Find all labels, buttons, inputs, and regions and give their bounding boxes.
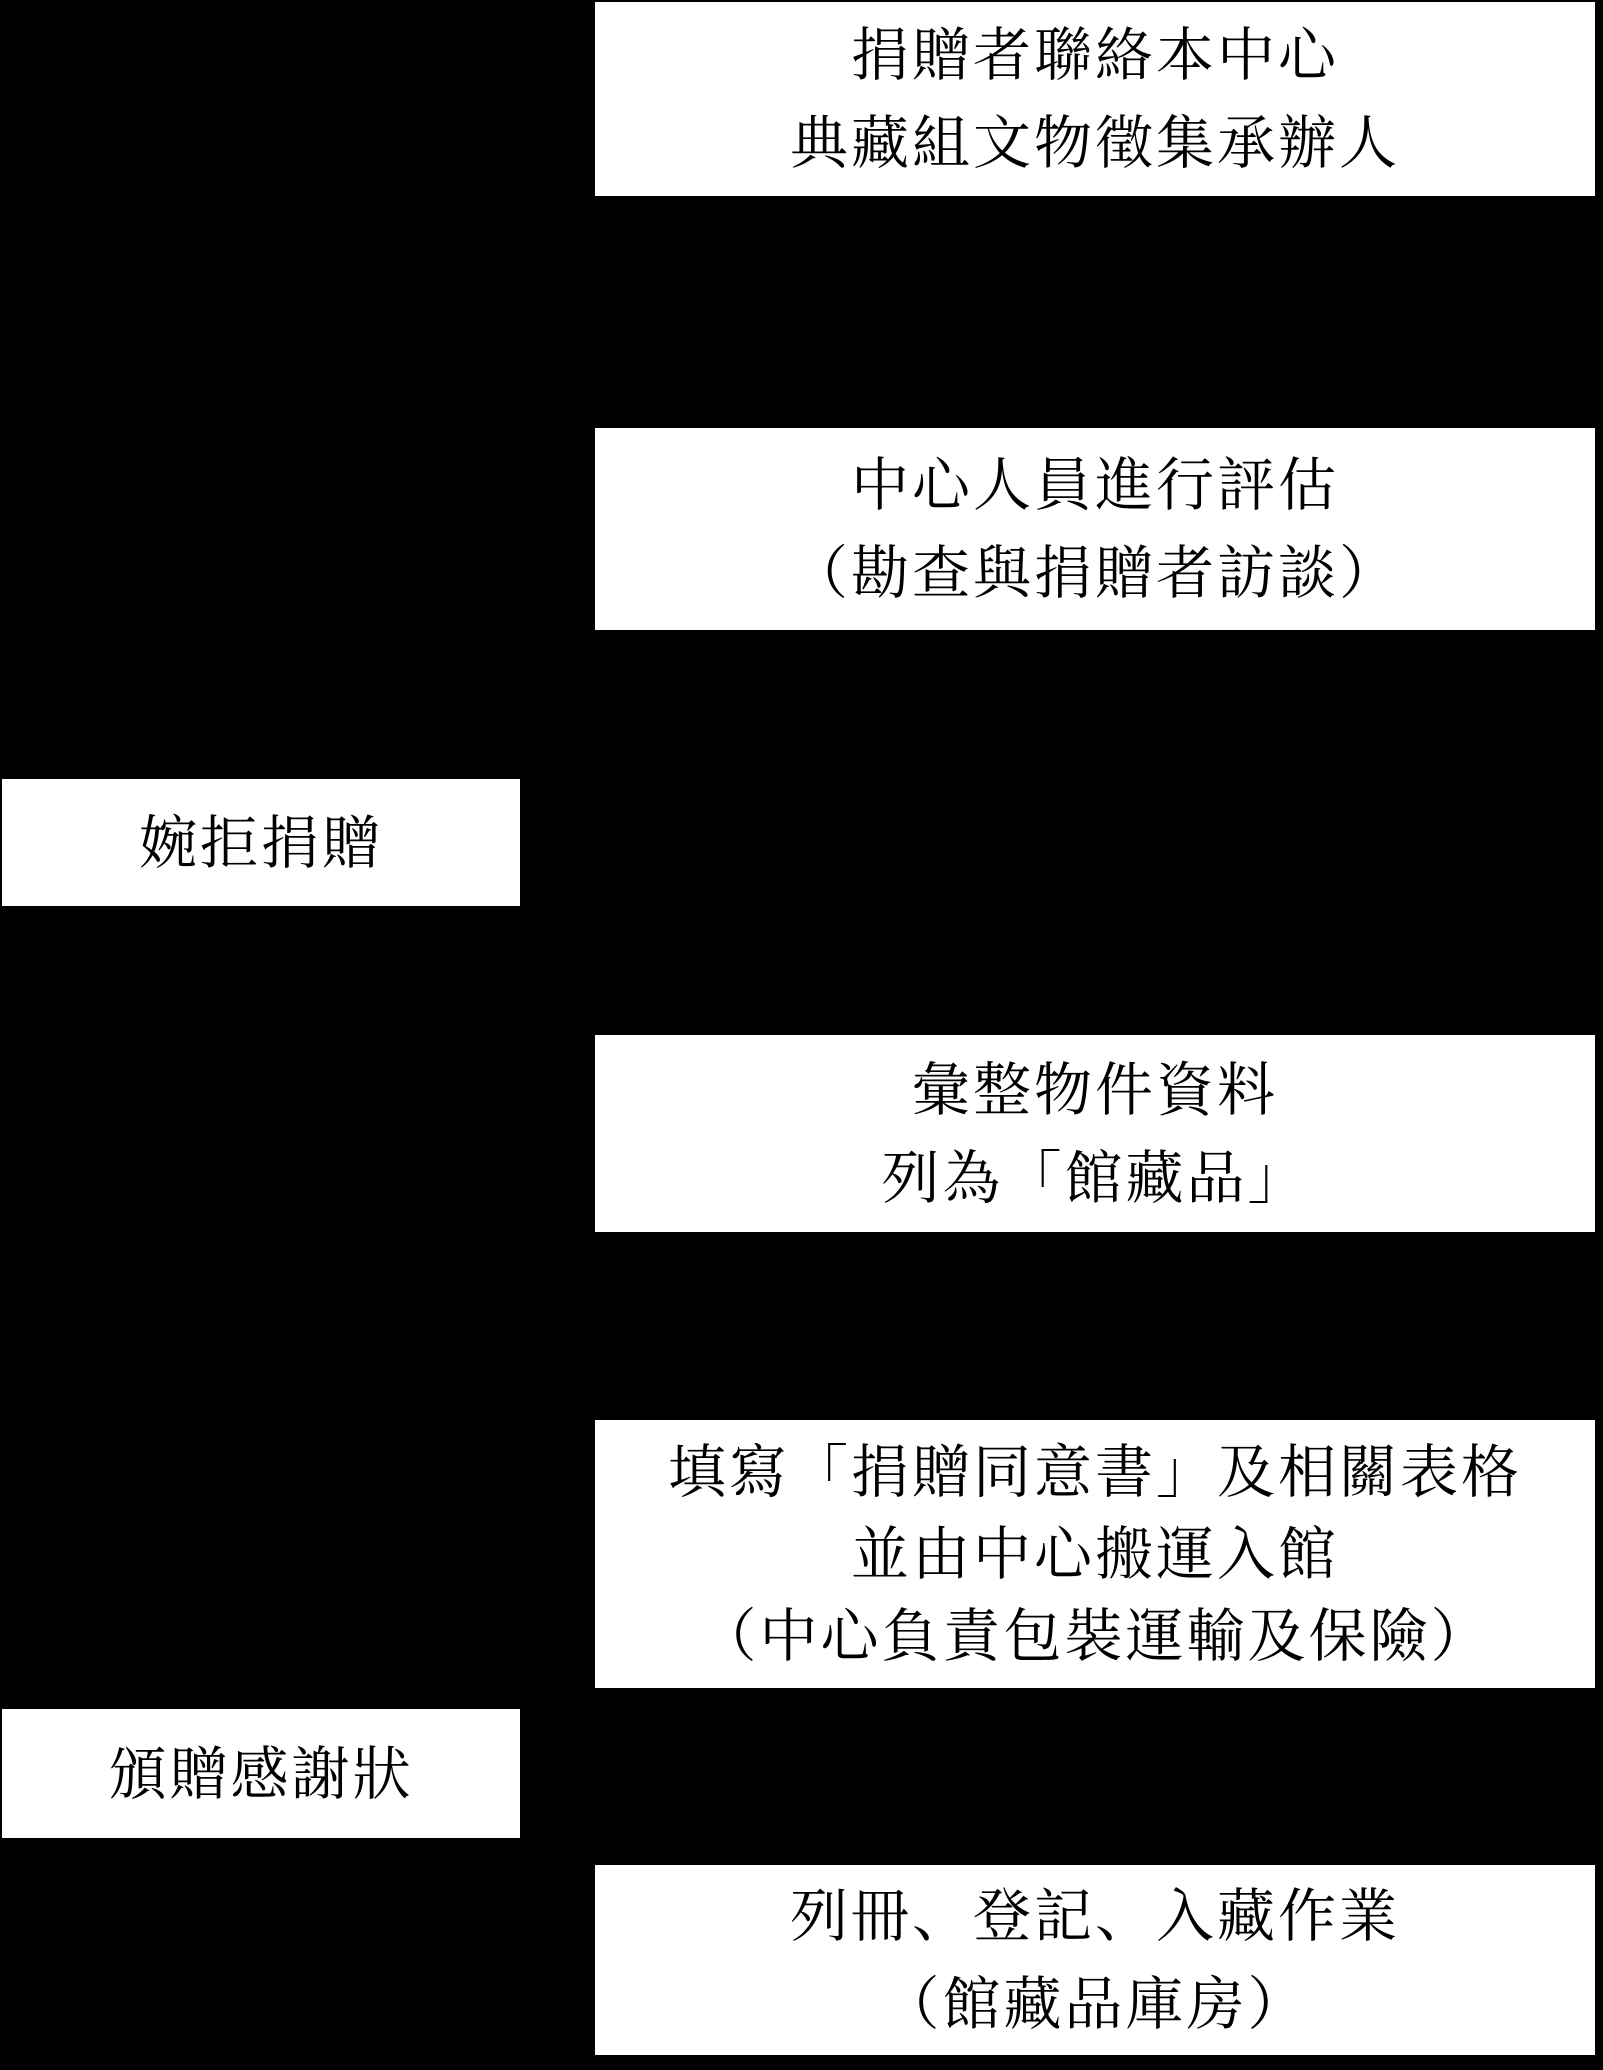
- flow-step-text: （勘查與捐贈者訪談）: [790, 529, 1400, 617]
- flow-step-consent-form-transport: 填寫「捐贈同意書」及相關表格 並由中心搬運入館 （中心負責包裝運輸及保險）: [595, 1420, 1595, 1688]
- flow-step-registration-storage: 列冊、登記、入藏作業 （館藏品庫房）: [595, 1865, 1595, 2055]
- flow-outcome-text: 婉拒捐贈: [139, 799, 383, 887]
- flow-step-text: 捐贈者聯絡本中心: [851, 11, 1339, 99]
- flow-outcome-text: 頒贈感謝狀: [108, 1730, 413, 1818]
- flow-step-text: 並由中心搬運入館: [851, 1513, 1339, 1595]
- flow-step-text: 典藏組文物徵集承辦人: [790, 99, 1400, 187]
- flow-step-text: 彙整物件資料: [912, 1046, 1278, 1134]
- flow-step-text: 填寫「捐贈同意書」及相關表格: [668, 1431, 1522, 1513]
- flow-step-text: 列為「館藏品」: [881, 1134, 1308, 1222]
- flow-step-text: 列冊、登記、入藏作業: [790, 1872, 1400, 1960]
- flowchart-canvas: 捐贈者聯絡本中心 典藏組文物徵集承辦人 中心人員進行評估 （勘查與捐贈者訪談） …: [0, 0, 1603, 2070]
- flow-step-donor-contact: 捐贈者聯絡本中心 典藏組文物徵集承辦人: [595, 2, 1595, 196]
- flow-step-text: （館藏品庫房）: [881, 1960, 1308, 2048]
- flow-step-text: （中心負責包裝運輸及保險）: [698, 1595, 1491, 1677]
- flow-outcome-decline-donation: 婉拒捐贈: [2, 779, 520, 906]
- flow-step-text: 中心人員進行評估: [851, 441, 1339, 529]
- flow-step-compile-object-data: 彙整物件資料 列為「館藏品」: [595, 1035, 1595, 1232]
- flow-outcome-thank-you-certificate: 頒贈感謝狀: [2, 1709, 520, 1838]
- flow-step-evaluation: 中心人員進行評估 （勘查與捐贈者訪談）: [595, 428, 1595, 630]
